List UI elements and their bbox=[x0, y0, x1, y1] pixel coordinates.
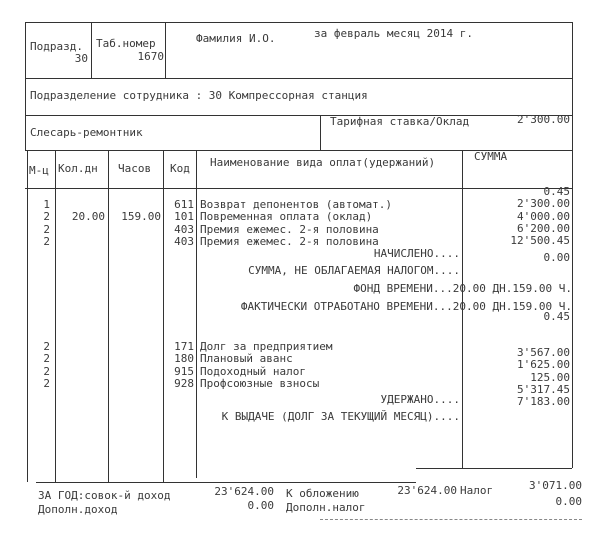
rule-tariff bbox=[320, 115, 321, 150]
row-month: 2 bbox=[30, 223, 50, 236]
rule-hdr-1 bbox=[91, 22, 92, 78]
rule-left-lower bbox=[27, 150, 28, 482]
carry-sum: 0.45 bbox=[470, 310, 570, 323]
row-sum: 1'625.00 bbox=[470, 358, 570, 371]
payout-sum: 7'183.00 bbox=[470, 395, 570, 408]
taxable-label: К обложению bbox=[286, 487, 359, 500]
rule-right bbox=[572, 22, 573, 468]
rule-bottom-left bbox=[36, 482, 416, 483]
extra-tax-value: 0.00 bbox=[500, 495, 582, 508]
row-month: 2 bbox=[30, 210, 50, 223]
row-code: 611 bbox=[164, 198, 194, 211]
rule-hdr-2 bbox=[165, 22, 166, 78]
tax-label: Налог bbox=[460, 484, 493, 497]
row-sum: 2'300.00 bbox=[470, 197, 570, 210]
department-line: Подразделение сотрудника : 30 Компрессор… bbox=[30, 89, 368, 102]
dept-value: 30 bbox=[60, 52, 88, 65]
row-code: 171 bbox=[164, 340, 194, 353]
row-code: 915 bbox=[164, 365, 194, 378]
row-sum: 125.00 bbox=[470, 371, 570, 384]
col-month: М-ц bbox=[29, 164, 49, 177]
row-code: 403 bbox=[164, 223, 194, 236]
col-hours: Часов bbox=[118, 162, 151, 175]
row-name: Премия ежемес. 2-я половина bbox=[200, 235, 379, 248]
extra-income-value: 0.00 bbox=[190, 499, 274, 512]
row-name: Премия ежемес. 2-я половина bbox=[200, 223, 379, 236]
rule-col-1 bbox=[55, 150, 56, 482]
row-hours: 159.00 bbox=[110, 210, 161, 223]
row-code: 928 bbox=[164, 377, 194, 390]
nontax-label: СУММА, НЕ ОБЛАГАЕМАЯ НАЛОГОМ.... bbox=[200, 264, 460, 277]
row-name: Повременная оплата (оклад) bbox=[200, 210, 372, 223]
tax-value: 3'071.00 bbox=[500, 479, 582, 492]
rule-under-header bbox=[25, 78, 572, 79]
taxable-value: 23'624.00 bbox=[380, 484, 457, 497]
col-code: Код bbox=[170, 162, 190, 175]
row-sum: 6'200.00 bbox=[470, 222, 570, 235]
row-name: Долг за предприятием bbox=[200, 340, 332, 353]
nontax-sum: 0.00 bbox=[470, 251, 570, 264]
tab-label: Таб.номер bbox=[96, 37, 156, 50]
extra-income-label: Дополн.доход bbox=[38, 503, 117, 516]
col-name: Наименование вида оплат(удержаний) bbox=[210, 156, 435, 169]
row-name: Возврат депонентов (автомат.) bbox=[200, 198, 392, 211]
row-name: Подоходный налог bbox=[200, 365, 306, 378]
rule-top bbox=[25, 22, 572, 23]
tariff-label: Тарифная ставка/Оклад bbox=[330, 115, 469, 128]
row-sum: 4'000.00 bbox=[470, 210, 570, 223]
fio-label: Фамилия И.О. bbox=[196, 32, 275, 45]
row-code: 101 bbox=[164, 210, 194, 223]
rule-left bbox=[25, 22, 26, 150]
col-sum: СУММА bbox=[474, 150, 507, 163]
payout-label: К ВЫДАЧЕ (ДОЛГ ЗА ТЕКУЩИЙ МЕСЯЦ).... bbox=[200, 410, 460, 423]
row-month: 2 bbox=[30, 377, 50, 390]
accrued-label: НАЧИСЛЕНО.... bbox=[300, 247, 460, 260]
rule-bottom-right bbox=[416, 468, 572, 469]
accrued-sum: 12'500.45 bbox=[470, 234, 570, 247]
row-month: 1 bbox=[30, 198, 50, 211]
year-income-value: 23'624.00 bbox=[190, 485, 274, 498]
row-code: 180 bbox=[164, 352, 194, 365]
withheld-sum: 5'317.45 bbox=[470, 383, 570, 396]
row-sum: 0.45 bbox=[470, 185, 570, 198]
tab-value: 1670 bbox=[120, 50, 164, 63]
footer-dashed-rule bbox=[320, 519, 582, 520]
extra-tax-label: Дополн.налог bbox=[286, 501, 365, 514]
tariff-value: 2'300.00 bbox=[470, 113, 570, 126]
position: Слесарь-ремонтник bbox=[30, 126, 143, 139]
row-name: Плановый аванс bbox=[200, 352, 293, 365]
row-sum: 3'567.00 bbox=[470, 346, 570, 359]
row-month: 2 bbox=[30, 352, 50, 365]
row-name: Профсоюзные взносы bbox=[200, 377, 319, 390]
time-fund: ФОНД ВРЕМЕНИ...20.00 ДН.159.00 Ч. bbox=[200, 282, 572, 295]
row-code: 403 bbox=[164, 235, 194, 248]
row-month: 2 bbox=[30, 365, 50, 378]
row-month: 2 bbox=[30, 235, 50, 248]
row-days: 20.00 bbox=[58, 210, 105, 223]
rule-col-2 bbox=[108, 150, 109, 482]
year-income-label: ЗА ГОД:совок-й доход bbox=[38, 489, 170, 502]
rule-col-4 bbox=[196, 150, 197, 478]
period: за февраль месяц 2014 г. bbox=[314, 27, 473, 40]
col-days: Кол.дн bbox=[58, 162, 98, 175]
row-month: 2 bbox=[30, 340, 50, 353]
withheld-label: УДЕРЖАНО.... bbox=[300, 393, 460, 406]
